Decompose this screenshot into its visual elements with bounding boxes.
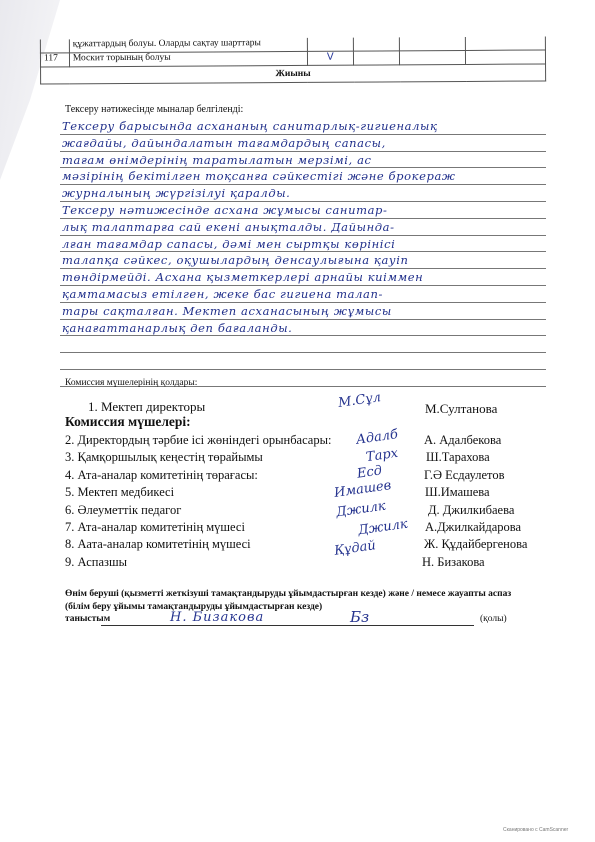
member-signature: Құдай <box>333 538 377 559</box>
member-name: Ж. Құдайбергенова <box>424 536 527 553</box>
supplier-line-1: Өнім беруші (қызметті жеткізуші тамақтан… <box>65 588 511 601</box>
handwritten-conclusion: Тексеру барысында асхананың санитарлық-г… <box>60 118 546 387</box>
director-name: М.Султанова <box>425 400 497 417</box>
member-role: 8. Аата-аналар комитетінің мүшесі <box>65 536 331 553</box>
member-name: Ш.Имашева <box>424 484 527 501</box>
signatures-heading: Комиссия мүшелерінің қолдары: <box>65 378 197 388</box>
mark-cell <box>353 37 399 51</box>
signature-label: (қолы) <box>480 614 507 624</box>
handwritten-line: журналының жүргізілуі қаралды. <box>60 185 546 202</box>
mark-cell <box>353 51 399 65</box>
mark-cell <box>400 37 466 51</box>
signature-line <box>101 625 474 626</box>
blank-line <box>60 336 546 353</box>
row-number <box>40 39 69 53</box>
member-role: 6. Әлеуметтік педагог <box>65 502 331 519</box>
director-signature: М.Сұл <box>337 390 382 411</box>
members-title: Комиссия мүшелері: <box>65 414 191 430</box>
member-role: 2. Директордың тәрбие ісі жөніндегі орын… <box>65 432 331 449</box>
member-signature: Джилк <box>335 499 386 521</box>
supplier-statement: Өнім беруші (қызметті жеткізуші тамақтан… <box>65 588 511 614</box>
acquainted-name: Н. Бизакова <box>170 610 264 625</box>
row-text: құжаттардың болуы. Оларды сақтау шарттар… <box>69 38 307 53</box>
handwritten-line: тағам өнімдерінің таратылатын мерзімі, а… <box>60 152 546 169</box>
mark-cell <box>466 50 546 64</box>
row-text: Москит торының болуы <box>69 51 307 66</box>
handwritten-line: Тексеру нәтижесінде асхана жұмысы санита… <box>60 202 546 219</box>
row-number: 117 <box>40 53 69 67</box>
member-name: Г.Ә Есдаулетов <box>424 467 527 484</box>
member-name: Ш.Тарахова <box>424 449 527 466</box>
handwritten-line: Тексеру барысында асхананың санитарлық-г… <box>60 118 546 135</box>
member-role: 3. Қамқоршылық кеңестің төрайымы <box>65 449 331 466</box>
mark-cell <box>400 50 466 64</box>
member-roles: 2. Директордың тәрбие ісі жөніндегі орын… <box>65 432 331 571</box>
handwritten-line: қанағаттанарлық деп бағаланды. <box>60 320 546 337</box>
member-name: А. Адалбекова <box>424 432 527 449</box>
member-role: 4. Ата-аналар комитетінің төрағасы: <box>65 467 331 484</box>
handwritten-line: төндірмейді. Асхана қызметкерлері арнайы… <box>60 269 546 286</box>
supplier-line-2: (білім беру ұйымы тамақтандыруды ұйымдас… <box>65 601 511 614</box>
conclusion-label: Тексеру нәтижесінде мыналар белгіленді: <box>65 104 243 115</box>
acquainted-label: таныстым <box>65 614 110 624</box>
director-label: 1. Мектеп директоры <box>88 399 205 415</box>
scanner-watermark: Сканировано с CamScanner <box>503 827 568 833</box>
check-mark: V <box>307 51 353 65</box>
member-role: 5. Мектеп медбикесі <box>65 484 331 501</box>
total-row: Жиыны <box>41 64 546 84</box>
handwritten-line: мәзірінің бекітілген тоқсанға сәйкестігі… <box>60 168 546 185</box>
member-signature: Имашев <box>333 478 392 501</box>
checklist-table: құжаттардың болуы. Оларды сақтау шарттар… <box>40 36 546 84</box>
handwritten-line: қамтамасыз етілген, жеке бас гигиена тал… <box>60 286 546 303</box>
member-name: Д. Джилкибаева <box>424 502 527 519</box>
handwritten-line: тары сақталған. Мектеп асханасының жұмыс… <box>60 303 546 320</box>
member-signature: Тарх <box>365 446 399 465</box>
member-name: А.Джилкайдарова <box>424 519 527 536</box>
member-role: 7. Ата-аналар комитетінің мүшесі <box>65 519 331 536</box>
acquaintance-row: таныстым Н. Бизакова Бз (қолы) <box>65 614 545 624</box>
handwritten-line: талапқа сәйкес, оқушылардың денсаулығына… <box>60 252 546 269</box>
handwritten-line: лық талаптарға сай екені анықталды. Дайы… <box>60 219 546 236</box>
acquainted-signature: Бз <box>350 608 369 626</box>
member-names: А. Адалбекова Ш.Тарахова Г.Ә Есдаулетов … <box>424 432 527 571</box>
page-fold-shadow <box>0 0 60 842</box>
member-name: Н. Бизакова <box>422 554 527 571</box>
total-label: Жиыны <box>41 64 546 84</box>
member-signature: Джилк <box>357 517 408 539</box>
handwritten-line: жағдайы, дайындалатын тағамдардың сапасы… <box>60 135 546 152</box>
member-role: 9. Аспазшы <box>65 554 331 571</box>
mark-cell <box>307 38 353 52</box>
member-signature: Адалб <box>355 427 399 448</box>
handwritten-line: лған тағамдар сапасы, дәмі мен сыртқы кө… <box>60 236 546 253</box>
mark-cell <box>466 36 546 50</box>
blank-line <box>60 353 546 370</box>
